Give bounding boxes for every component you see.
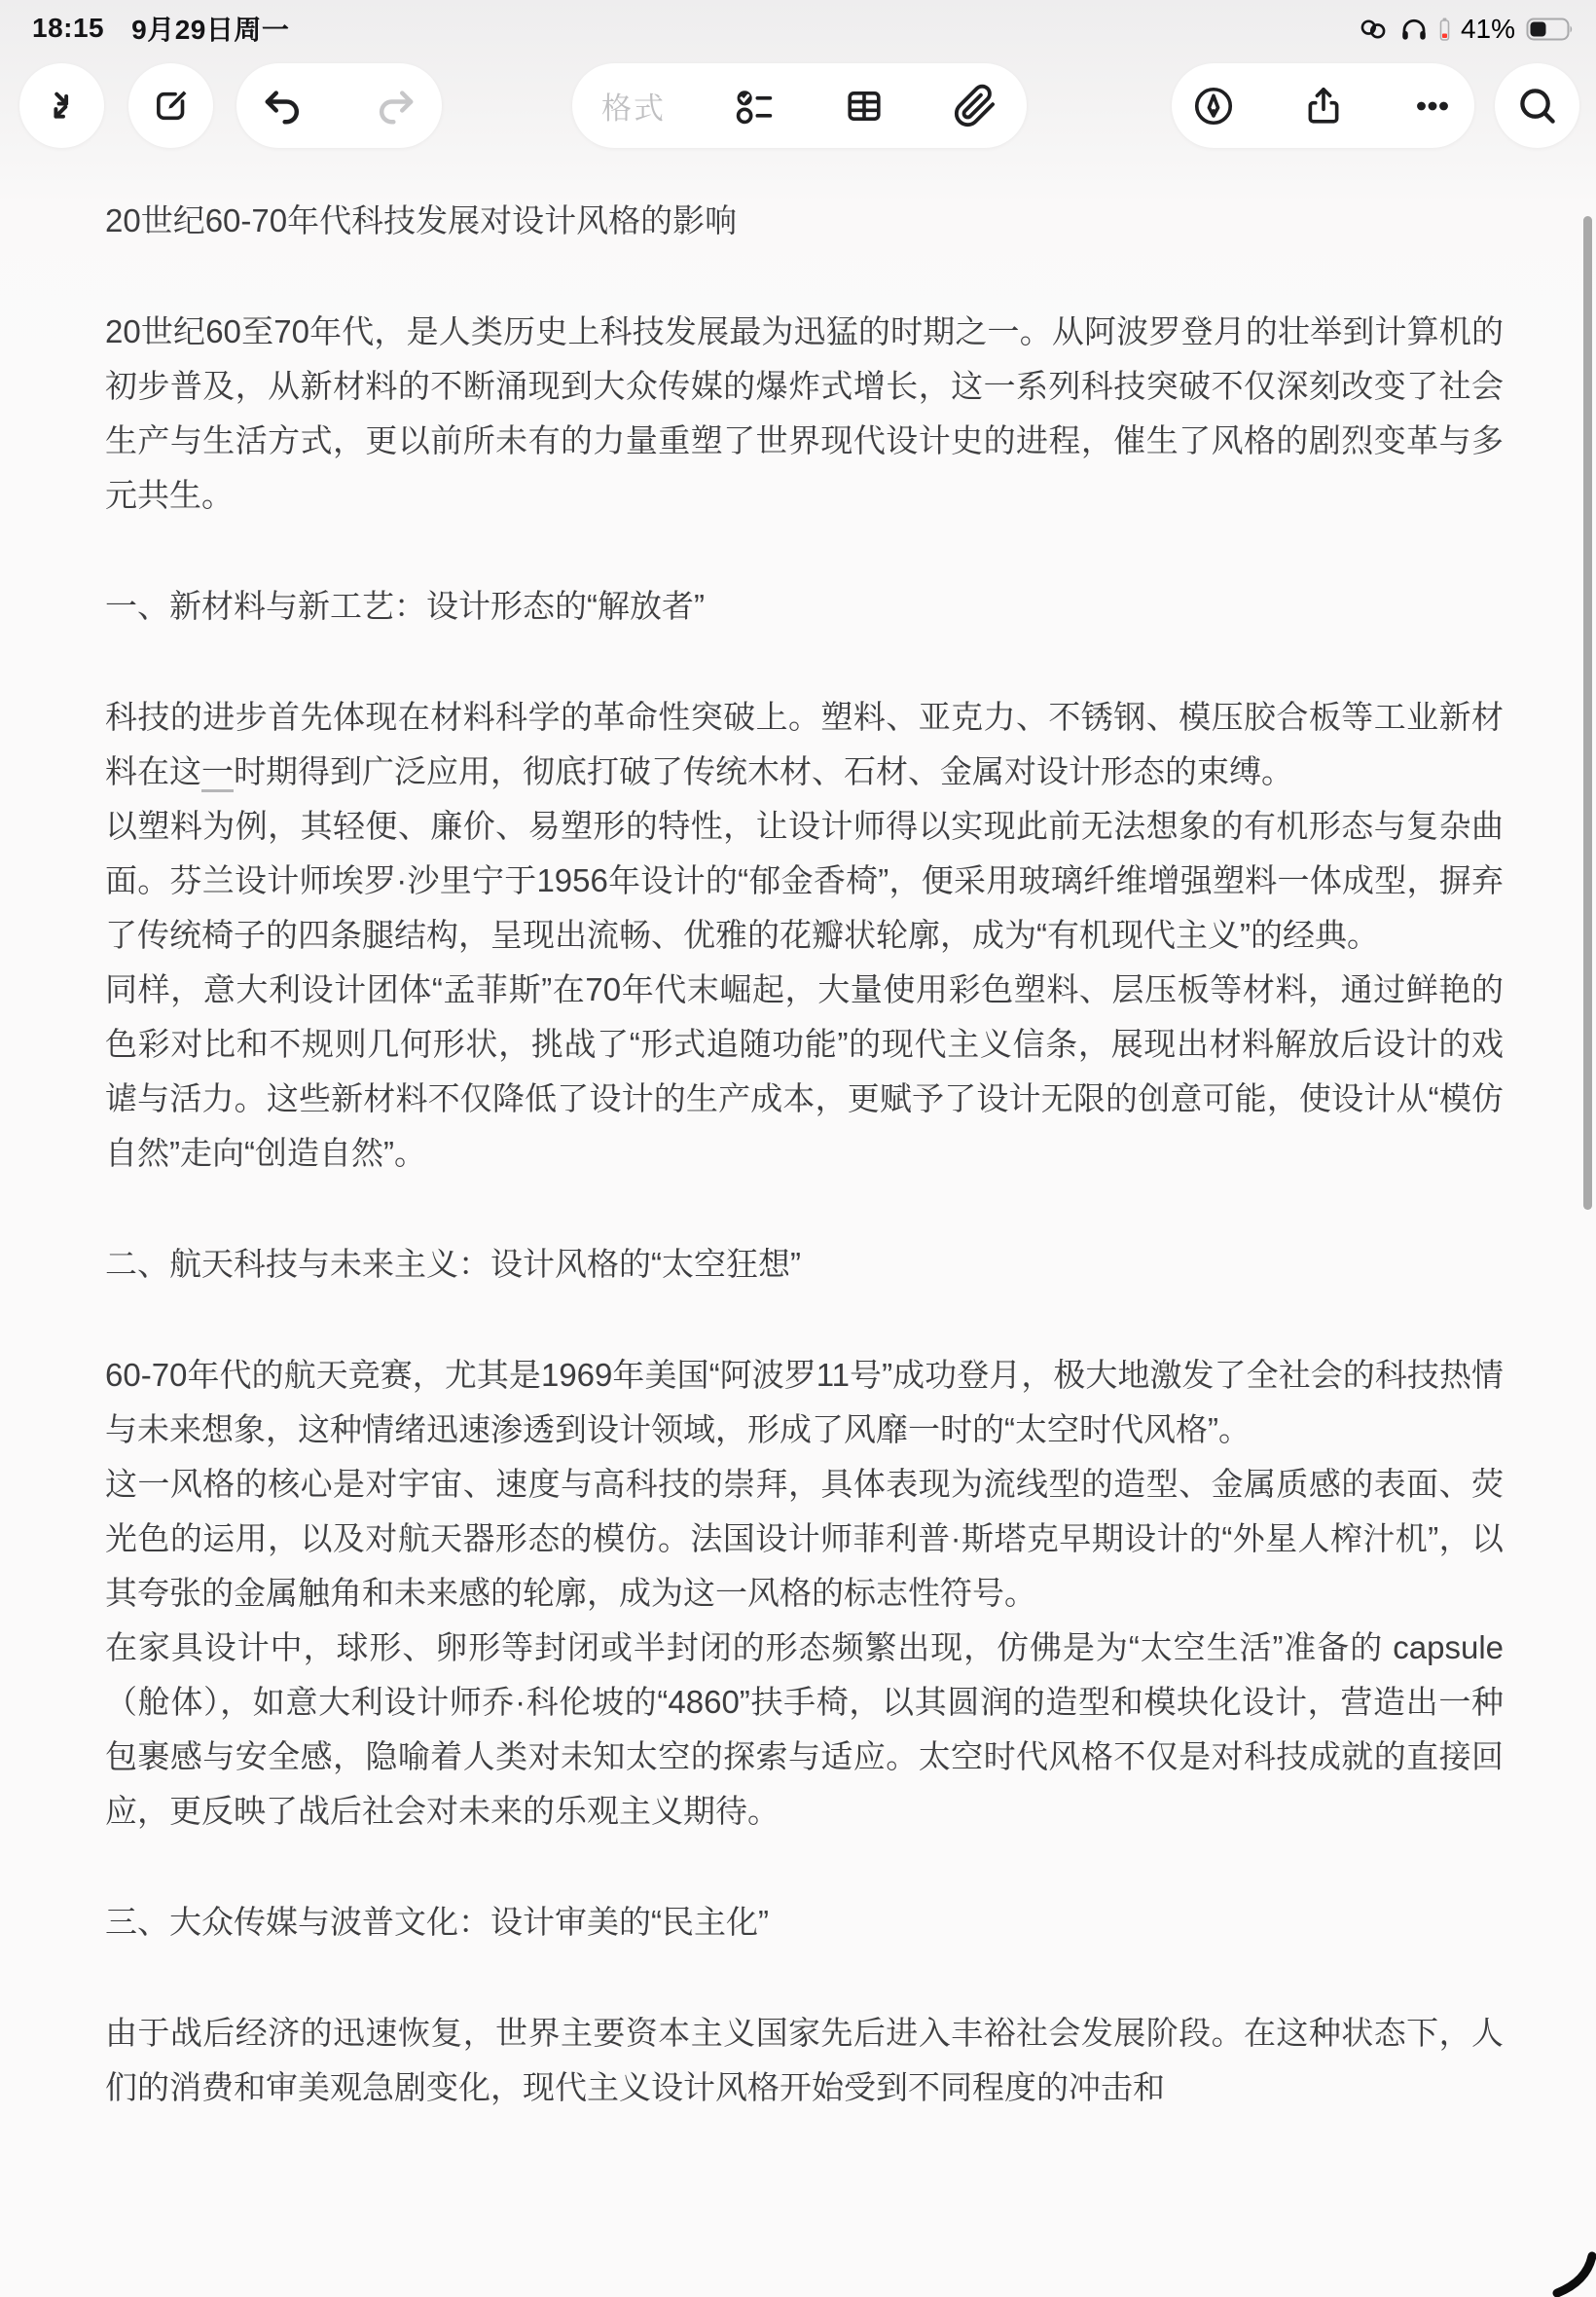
status-date: 9月29日周一 xyxy=(131,9,289,48)
status-bar-left: 18:15 9月29日周一 xyxy=(32,12,289,45)
format-button[interactable]: 格式 xyxy=(601,84,666,128)
undo-redo-group xyxy=(236,63,442,148)
checklist-icon[interactable] xyxy=(732,84,777,128)
actions-group xyxy=(1172,63,1474,148)
search-button[interactable] xyxy=(1495,63,1579,148)
intro-paragraph: 20世纪60至70年代，是人类历史上科技发展最为迅猛的时期之一。从阿波罗登月的壮… xyxy=(105,305,1504,523)
paragraph: 以塑料为例，其轻便、廉价、易塑形的特性，让设计师得以实现此前无法想象的有机形态与… xyxy=(105,799,1504,963)
markup-pen-icon[interactable] xyxy=(1191,84,1236,128)
battery-icon xyxy=(1526,17,1575,42)
scrollbar[interactable] xyxy=(1583,216,1592,1210)
handwritten-stroke xyxy=(1538,2250,1596,2297)
format-toolbar-group: 格式 xyxy=(572,63,1027,148)
more-ellipsis-icon[interactable] xyxy=(1410,84,1455,128)
collapse-button[interactable] xyxy=(19,63,104,148)
search-icon xyxy=(1515,84,1560,128)
paragraph: 科技的进步首先体现在材料科学的革命性突破上。塑料、亚克力、不锈钢、模压胶合板等工… xyxy=(105,690,1504,799)
headphones-battery-icon xyxy=(1439,17,1450,42)
spellcheck-underline: 一 xyxy=(201,753,234,792)
note-content[interactable]: 20世纪60-70年代科技发展对设计风格的影响 20世纪60至70年代，是人类历… xyxy=(105,194,1504,2171)
compose-icon xyxy=(149,84,194,128)
section-heading-3: 三、大众传媒与波普文化：设计审美的“民主化” xyxy=(105,1895,1504,1950)
note-title: 20世纪60-70年代科技发展对设计风格的影响 xyxy=(105,194,1504,248)
undo-button[interactable] xyxy=(258,82,307,130)
section-heading-1: 一、新材料与新工艺：设计形态的“解放者” xyxy=(105,579,1504,634)
redo-button[interactable] xyxy=(372,82,420,130)
toolbar: 格式 xyxy=(0,63,1596,148)
paragraph: 这一风格的核心是对宇宙、速度与高科技的崇拜，具体表现为流线型的造型、金属质感的表… xyxy=(105,1457,1504,1621)
section-heading-2: 二、航天科技与未来主义：设计风格的“太空狂想” xyxy=(105,1237,1504,1292)
paragraph: 同样，意大利设计团体“孟菲斯”在70年代末崛起，大量使用彩色塑料、层压板等材料，… xyxy=(105,963,1504,1181)
hotspot-icon xyxy=(1358,15,1389,44)
collapse-icon xyxy=(40,84,85,128)
paragraph: 60-70年代的航天竞赛，尤其是1969年美国“阿波罗11号”成功登月，极大地激… xyxy=(105,1348,1504,1457)
status-time: 18:15 xyxy=(32,13,104,44)
battery-percent: 41% xyxy=(1461,14,1515,45)
share-icon[interactable] xyxy=(1301,84,1346,128)
section-body-1: 科技的进步首先体现在材料科学的革命性突破上。塑料、亚克力、不锈钢、模压胶合板等工… xyxy=(105,690,1504,1181)
table-icon[interactable] xyxy=(842,84,887,128)
compose-button[interactable] xyxy=(128,63,213,148)
paragraph: 在家具设计中，球形、卵形等封闭或半封闭的形态频繁出现，仿佛是为“太空生活”准备的… xyxy=(105,1621,1504,1839)
paperclip-icon[interactable] xyxy=(953,84,997,128)
status-bar-right: 41% xyxy=(1358,13,1575,46)
section-body-2: 60-70年代的航天竞赛，尤其是1969年美国“阿波罗11号”成功登月，极大地激… xyxy=(105,1348,1504,1839)
notes-app-screen: 18:15 9月29日周一 41% xyxy=(0,0,1596,2297)
headphones-icon xyxy=(1399,15,1429,44)
closing-paragraph: 由于战后经济的迅速恢复，世界主要资本主义国家先后进入丰裕社会发展阶段。在这种状态… xyxy=(105,2006,1504,2115)
